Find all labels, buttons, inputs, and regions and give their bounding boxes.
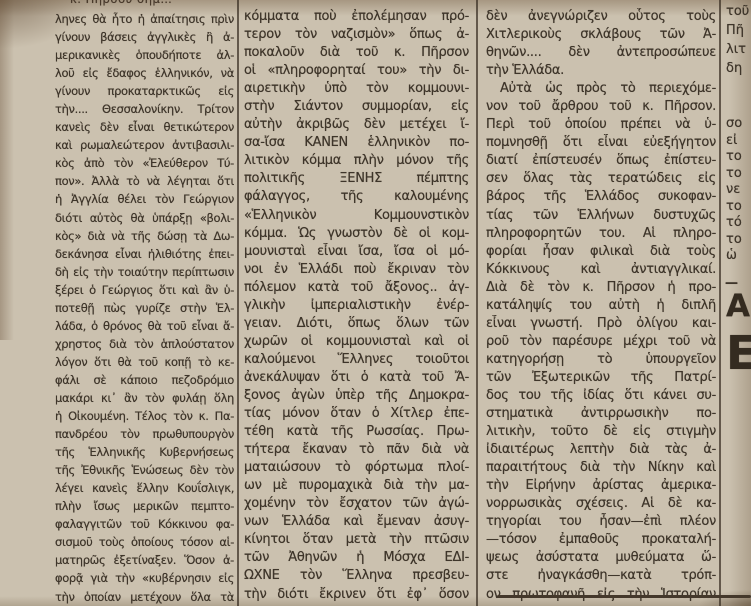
text-line: τὴν διότι ἔκρινεν ὅτι ἐφ᾽ ὅσον [244,586,469,604]
text-line: ων μὲ πυρομαχικὰ διὰ τὴν μα- [244,477,469,495]
text-line: ἡ Ἀγγλία θέλει τὸν Γεώργιον [55,190,234,208]
text-line: λιτικὸν κόμμα πλὴν μόνον τῆς [244,152,469,170]
text-line: εἶναι γνωστή. Πρὸ ὀλίγου και- [486,315,716,333]
text-line: ὡ [726,248,742,265]
text-line: κὸς ἀπὸ τὸν «Ἐλεύθερον Τύ- [55,154,234,172]
text-line: δη [726,59,749,78]
text-line: σο [726,116,742,133]
text-line: Πῆ [726,21,749,40]
text-line: στηματικὰ ἀντιρρωσικὴν πο- [486,405,716,423]
text-line: πομνησθῇ ὅτι εἶναι εὐεξήγητον [486,134,716,152]
text-line: τίας μόνον ὅταν ὁ Χίτλερ ἐπε- [244,405,469,423]
bottom-rule [497,595,751,598]
text-line: χρηστος διὰ τὸν ἁπλούστατον [55,335,234,353]
text-line: λάδα, ὁ θρόνος θὰ τοῦ εἶναι ἄ- [55,317,234,335]
text-line: χωρῶν οἱ κομμουνισταὶ καὶ οἱ [244,333,469,351]
text-line: ξονος ἀγὼν ὑπὲρ τῆς Δημοκρα- [244,387,469,405]
text-line: Χιτλερικοὺς σκλάβους τῶν Ἀ- [486,26,716,44]
text-line: στε ἠναγκάσθη—κατὰ τρόπ- [486,567,716,585]
text-line: πολιτικῆς ΞΕΝΗΣ πέμπτης [244,170,469,188]
text-line: κόμμα. Ὡς γνωστὸν δὲ οἱ κομ- [244,225,469,243]
text-line: τοῦ [726,2,749,21]
article-column-3: δὲν ἀνεγνώριζεν οὗτος τοὺςΧιτλερικοὺς σκ… [486,8,716,606]
text-line: λόγον ὅτι θὰ τοῦ κοπῇ τὸ κε- [55,353,234,371]
text-line: σισμοῦ τοὺς ὁποίους τόσον αἱ- [55,533,234,551]
column-rule-3 [719,0,721,606]
text-line: τό [726,215,742,232]
text-line: κόμματα ποὺ ἐπολέμησαν πρό- [244,8,469,26]
text-line: θηνῶν.... δὲν ἀντεπροσώπευε [486,44,716,62]
text-line: μερικανικὲς ὁπουδήποτε ἀλ- [55,46,234,64]
text-line: αὐτὴν ἀκριβῶς δὲν μετέχει ἴ- [244,116,469,134]
text-line: ματηρῶς ἐξετίναξεν. Ὅσον ἀ- [55,551,234,569]
text-line: τήτερα ἔκαναν τὸ πᾶν διὰ νὰ [244,441,469,459]
text-line: λέγει κανεὶς ἕλλην Κουΐσλιγκ, [55,479,234,497]
text-line: δὲν ἀνεγνώριζεν οὗτος τοὺς [486,8,716,26]
text-line: τὴν.... Θεσσαλονίκην. Τρίτον [55,100,234,118]
text-line: φάλι σὲ κάποιο πεζοδρόμιο [55,371,234,389]
article-column-2: κόμματα ποὺ ἐπολέμησαν πρό-τερον τὸν ναζ… [244,8,469,606]
text-line: Κόκκινους καὶ ἀντιαγγλικαί. [486,261,716,279]
text-line: φάλαγγος, τῆς καλουμένης [244,188,469,206]
text-line: βάρος τῆς Ἑλλάδος συκοφαν- [486,188,716,206]
text-line: αιρετικὴν ὑπὸ τὸν κομμουνι- [244,80,469,98]
text-line: μακάρι κι᾽ ἂν τὸν φυλάῃ ὅλη [55,389,234,407]
cut-column-fragments-top: τοῦΠῆλιτδη [726,2,749,78]
text-line: νοι ἐν Ἑλλάδι ποὺ ἔκριναν τὸν [244,261,469,279]
text-line: πλὴν ἴσως μερικῶν πεμπτο- [55,497,234,515]
text-line: ἡ Οἰκουμένη. Τέλος τὸν κ. Πα- [55,407,234,425]
text-line: κατηγορήσῃ τὸ ὑπουργεῖον [486,351,716,369]
text-line: κατάληψίς του αὐτὴ ἡ διπλῆ [486,297,716,315]
text-line: νων Ἑλλάδα καὶ ἔμεναν ἀσυγ- [244,513,469,531]
cut-headline-letter-2: Ε [726,330,751,376]
text-line: τῶν Ἀθηνῶν ἡ Μόσχα ΕΔΙ- [244,549,469,567]
text-line: νορρωσικὰς σχέσεις. Αἱ δὲ κα- [486,495,716,513]
text-line: καλούμενοι Ἕλληνες τοιοῦτοι [244,351,469,369]
text-line: δος του τῆς ἰδίας ὅτι κάνει συ- [486,387,716,405]
text-line: τερον τὸν ναζισμὸν» ὅπως ἀ- [244,26,469,44]
text-line: τῆς Ἑλληνικῆς Κυβερνήσεως [55,443,234,461]
text-line: ἀνεκάλυψαν ὅτι ὁ κατὰ τοῦ Ἄ- [244,369,469,387]
text-line: εἰ [726,133,742,150]
text-line: ΩΧΝΕ τὸν Ἕλληνα πρεσβευ- [244,567,469,585]
text-line: στὴν Σιάντον συμμορίαν, εἰς [244,98,469,116]
text-line: ἰδιαιτέρως λεπτὴν διὰ τὰς ἀ- [486,441,716,459]
text-line: πόλεμον κατὰ τοῦ ἄξονος.. ἀγ- [244,279,469,297]
text-line: χομένην τὸν ἔσχατον τῶν ἀγώ- [244,495,469,513]
cut-headline-letter-1: Α [726,291,750,322]
text-line: διατί ἐπίστευσέν ὅπως ἐπίστευ- [486,152,716,170]
text-line: ξέρει ὁ Γεώργιος ὅτι καὶ ἂν ὑ- [55,281,234,299]
text-line: μουνισταὶ εἶναι ἴσα, ἴσα οἱ μό- [244,243,469,261]
text-line: ποκαλοῦν διὰ τοῦ κ. Πῆρσον [244,44,469,62]
text-line: γίνουν προκαταρκτικῶς εἰς [55,82,234,100]
text-line: ψεως ἀσύστατα μυθεύματα ὥ- [486,549,716,567]
text-line: τέθη κατὰ τῆς Ρωσσίας. Πρω- [244,423,469,441]
text-line: —τόσον ἐμπαθοῦς προκαταλή- [486,531,716,549]
text-line: ματαιώσουν τὸ φόρτωμα πλοί- [244,459,469,477]
article-column-1: ληνες θὰ ἦτο ἡ ἀπαίτησις πρὶνγίνουν βάσε… [55,10,234,606]
text-line: γίνουν βάσεις ἀγγλικὲς ἢ ἀ- [55,28,234,46]
text-line: κὸς» διὰ νὰ τῆς δώσῃ τὰ Δω- [55,227,234,245]
text-line: φαλαγγιτῶν τοῦ Κόκκινου φα- [55,515,234,533]
cut-column-fragments-middle: σοεἰτοτονετοτότοὡ [726,116,742,265]
text-line: διότι αὐτὸς θὰ ὑπάρξῃ «βολι- [55,209,234,227]
text-line: κίνητοι ὅταν μετὰ τὴν πτῶσιν [244,531,469,549]
text-line: δὴ εἰς τὴν τοιαύτην περίπτωσιν [55,263,234,281]
newspaper-page: κ. Πῆρσου σημ… ληνες θὰ ἦτο ἡ ἀπαίτησις … [0,0,751,606]
text-line: το [726,166,742,183]
text-line: τὴν Εἰρήνην ἀρίστας ἀμερικα- [486,477,716,495]
text-line: λοῦ εἰς ἔδαφος ἑλληνικόν, νὰ [55,64,234,82]
cut-column-strip: τοῦΠῆλιτδη σοεἰτοτονετοτότοὡ — Α Ε [725,0,751,606]
text-line: νον τοῦ ἄρθρου τοῦ κ. Πῆρσον. [486,98,716,116]
text-line: το [726,149,742,166]
text-line: το [726,199,742,216]
text-line: τηγορίαι του ἦσαν—ἐπὶ πλέον [486,513,716,531]
text-line: κανεὶς δὲν εἶναι θετικώτερον [55,118,234,136]
text-line: γλικὴν ἰμπεριαλιστικὴν ἐνέρ- [244,297,469,315]
text-line: «Ἑλληνικὸν Κομμουνστικὸν [244,207,469,225]
text-line: τίας τῶν Ἑλλήνων δυστυχῶς [486,207,716,225]
scan-shadow-left [0,0,14,340]
text-line: νε [726,182,742,199]
text-line: παραιτήτους διὰ τὴν Νίκην καὶ [486,459,716,477]
text-line: πον». Ἀλλὰ τὸ νὰ λέγηται ὅτι [55,172,234,190]
text-line: δεκάνησα εἶναι ἠλιθιότης ἐπει- [55,245,234,263]
text-line: φορίαι ἦσαν φιλικαὶ διὰ τοὺς [486,243,716,261]
column-rule-1 [237,0,239,606]
text-line: Διὰ δὲ τὸν κ. Πῆρσον ἡ προ- [486,279,716,297]
text-line: ροῦ τὸν παρέσυρε μέχρι τοῦ νὰ [486,333,716,351]
text-line: λιτικὴν, τοῦτο δὲ εἰς στιγμὴν [486,423,716,441]
text-line: τῶν Ἐξωτερικῶν τῆς Πατρί- [486,369,716,387]
text-line: ληνες θὰ ἦτο ἡ ἀπαίτησις πρὶν [55,10,234,28]
text-line: Αὐτὰ ὡς πρὸς τὸ περιεχόμε- [486,80,716,98]
text-line: καὶ ρωμαλεώτερον ἀντιβασιλι- [55,136,234,154]
text-line: ποτεθῇ πὼς γυρίζε στὴν Ἑλ- [55,299,234,317]
text-line: τῆς Ἐθνικῆς Ἑνώσεως δὲν τὸν [55,461,234,479]
text-line: οἱ «πληροφορηταί του» τὴν δι- [244,62,469,80]
text-line: σεν ὅλας τὰς τερατώδεις εἰς [486,170,716,188]
text-line: τὴν Ἑλλάδα. [486,62,716,80]
text-line: λιτ [726,40,749,59]
text-line: το [726,232,742,249]
text-line: πληροφορητῶν του. Αἱ πληρο- [486,225,716,243]
text-line: τὴν ὁποίαν μετέχουν ὅλα τὰ [55,588,234,606]
column-rule-2 [476,0,478,606]
text-line: φορᾷ γιὰ τὴν «κυβέρνησιν εἰς [55,569,234,587]
text-line: σα-ἴσα ΚΑΝΕΝ ἑλληνικὸν πο- [244,134,469,152]
top-cut-text-line: κ. Πῆρσου σημ… [70,0,370,7]
text-line: Περὶ τοῦ ὁποίου πρέπει νὰ ὑ- [486,116,716,134]
text-line: πανδρέου τὸν πρωθυπουργὸν [55,425,234,443]
text-line: γειαν. Διότι, ὅπως ὅλων τῶν [244,315,469,333]
